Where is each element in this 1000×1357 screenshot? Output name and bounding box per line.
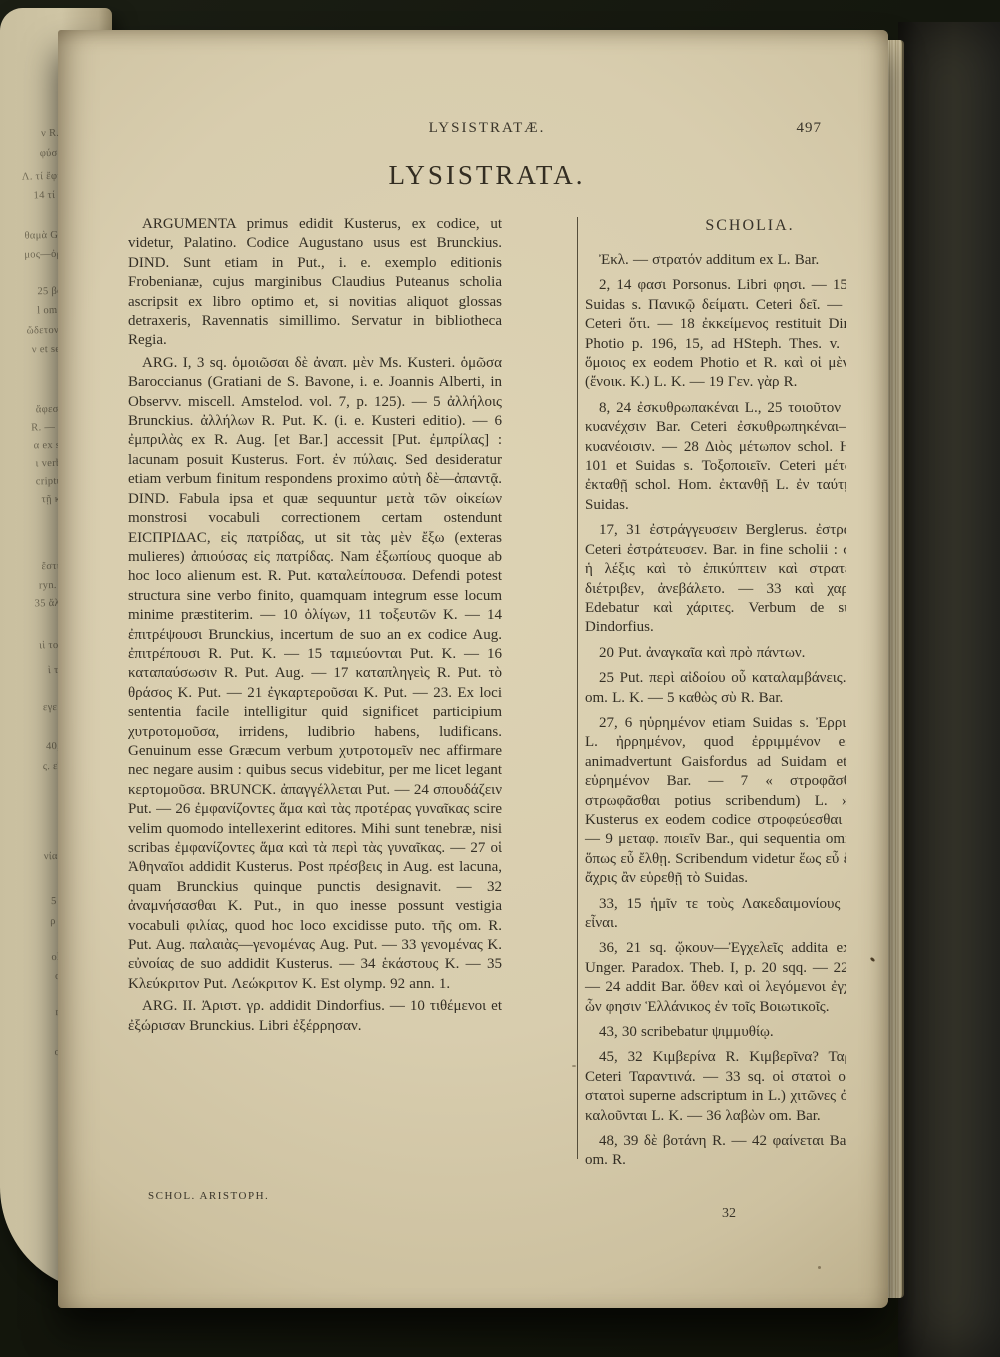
scholia-note: 48, 39 δὲ βοτάνη R. — 42 φαίνεται Bar. —… — [585, 1132, 846, 1171]
scholia-note: 33, 15 ἡμῖν τε τοὺς Λακεδαιμονίους R. Ex… — [585, 895, 846, 934]
scholia-note: 45, 32 Κιμβερίνα R. Κιμβερῖνα? Ταραντῖνα… — [585, 1048, 846, 1126]
scholia-note: 27, 6 ηὑρημένον etiam Suidas s. Ἐρριπτασ… — [585, 714, 846, 889]
scholia-note: 25 Put. περὶ αἰδοίου οὗ καταλαμβάνεις. —… — [585, 669, 846, 708]
running-head: LYSISTRATÆ. — [128, 120, 846, 137]
photo-backdrop: ν R. Ald. φύσαν R. Λ. τί ἔφη᾽ εἰς 14 τί … — [0, 0, 1000, 1357]
book-page: LYSISTRATÆ. 497 LYSISTRATA. ARGUMENTA pr… — [58, 30, 888, 1308]
scholia-note: 36, 21 sq. ᾤκουν—Ἐγχελεῖς addita ex R. C… — [585, 939, 846, 1017]
paragraph-argumenta: ARGUMENTA primus edidit Kusterus, ex cod… — [128, 215, 502, 351]
signature-line: SCHOL. ARISTOPH. — [148, 1190, 269, 1202]
scholia-note: 8, 24 ἐσκυθρωπακέναι L., 25 τοιοῦτον L. … — [585, 399, 846, 515]
scholia-heading: SCHOLIA. — [585, 217, 846, 235]
left-column: ARGUMENTA primus edidit Kusterus, ex cod… — [128, 215, 502, 1039]
page-title: LYSISTRATA. — [128, 160, 846, 191]
text-columns: ARGUMENTA primus edidit Kusterus, ex cod… — [128, 215, 846, 1177]
page-number: 497 — [797, 120, 823, 137]
paper-speck — [818, 1266, 821, 1269]
scholia-note: 20 Put. ἀναγκαῖα καὶ πρὸ πάντων. — [585, 644, 846, 663]
column-divider-rule — [577, 217, 578, 1159]
right-column: SCHOLIA. Ἐκλ. — στρατόν additum ex L. Ba… — [585, 215, 846, 1177]
scholia-note: 2, 14 φασι Porsonus. Libri φησι. — 15 δε… — [585, 276, 846, 392]
sheet-number: 32 — [722, 1206, 736, 1222]
paragraph-arg-1: ARG. I, 3 sq. ὁμοιῶσαι δὲ ἀναπ. μὲν Ms. … — [128, 354, 502, 994]
book-cover-edge — [898, 22, 1000, 1357]
paper-speck — [870, 957, 876, 963]
scholia-note: Ἐκλ. — στρατόν additum ex L. Bar. — [585, 251, 846, 270]
paragraph-arg-2: ARG. II. Ἀριστ. γρ. addidit Dindorfius. … — [128, 997, 502, 1036]
scholia-note: 43, 30 scribebatur ψιμμυθίῳ. — [585, 1023, 846, 1042]
paper-speck — [572, 1065, 576, 1067]
scholia-note: 17, 31 ἐστράγγευσειν Berglerus. ἐστράγευ… — [585, 521, 846, 637]
